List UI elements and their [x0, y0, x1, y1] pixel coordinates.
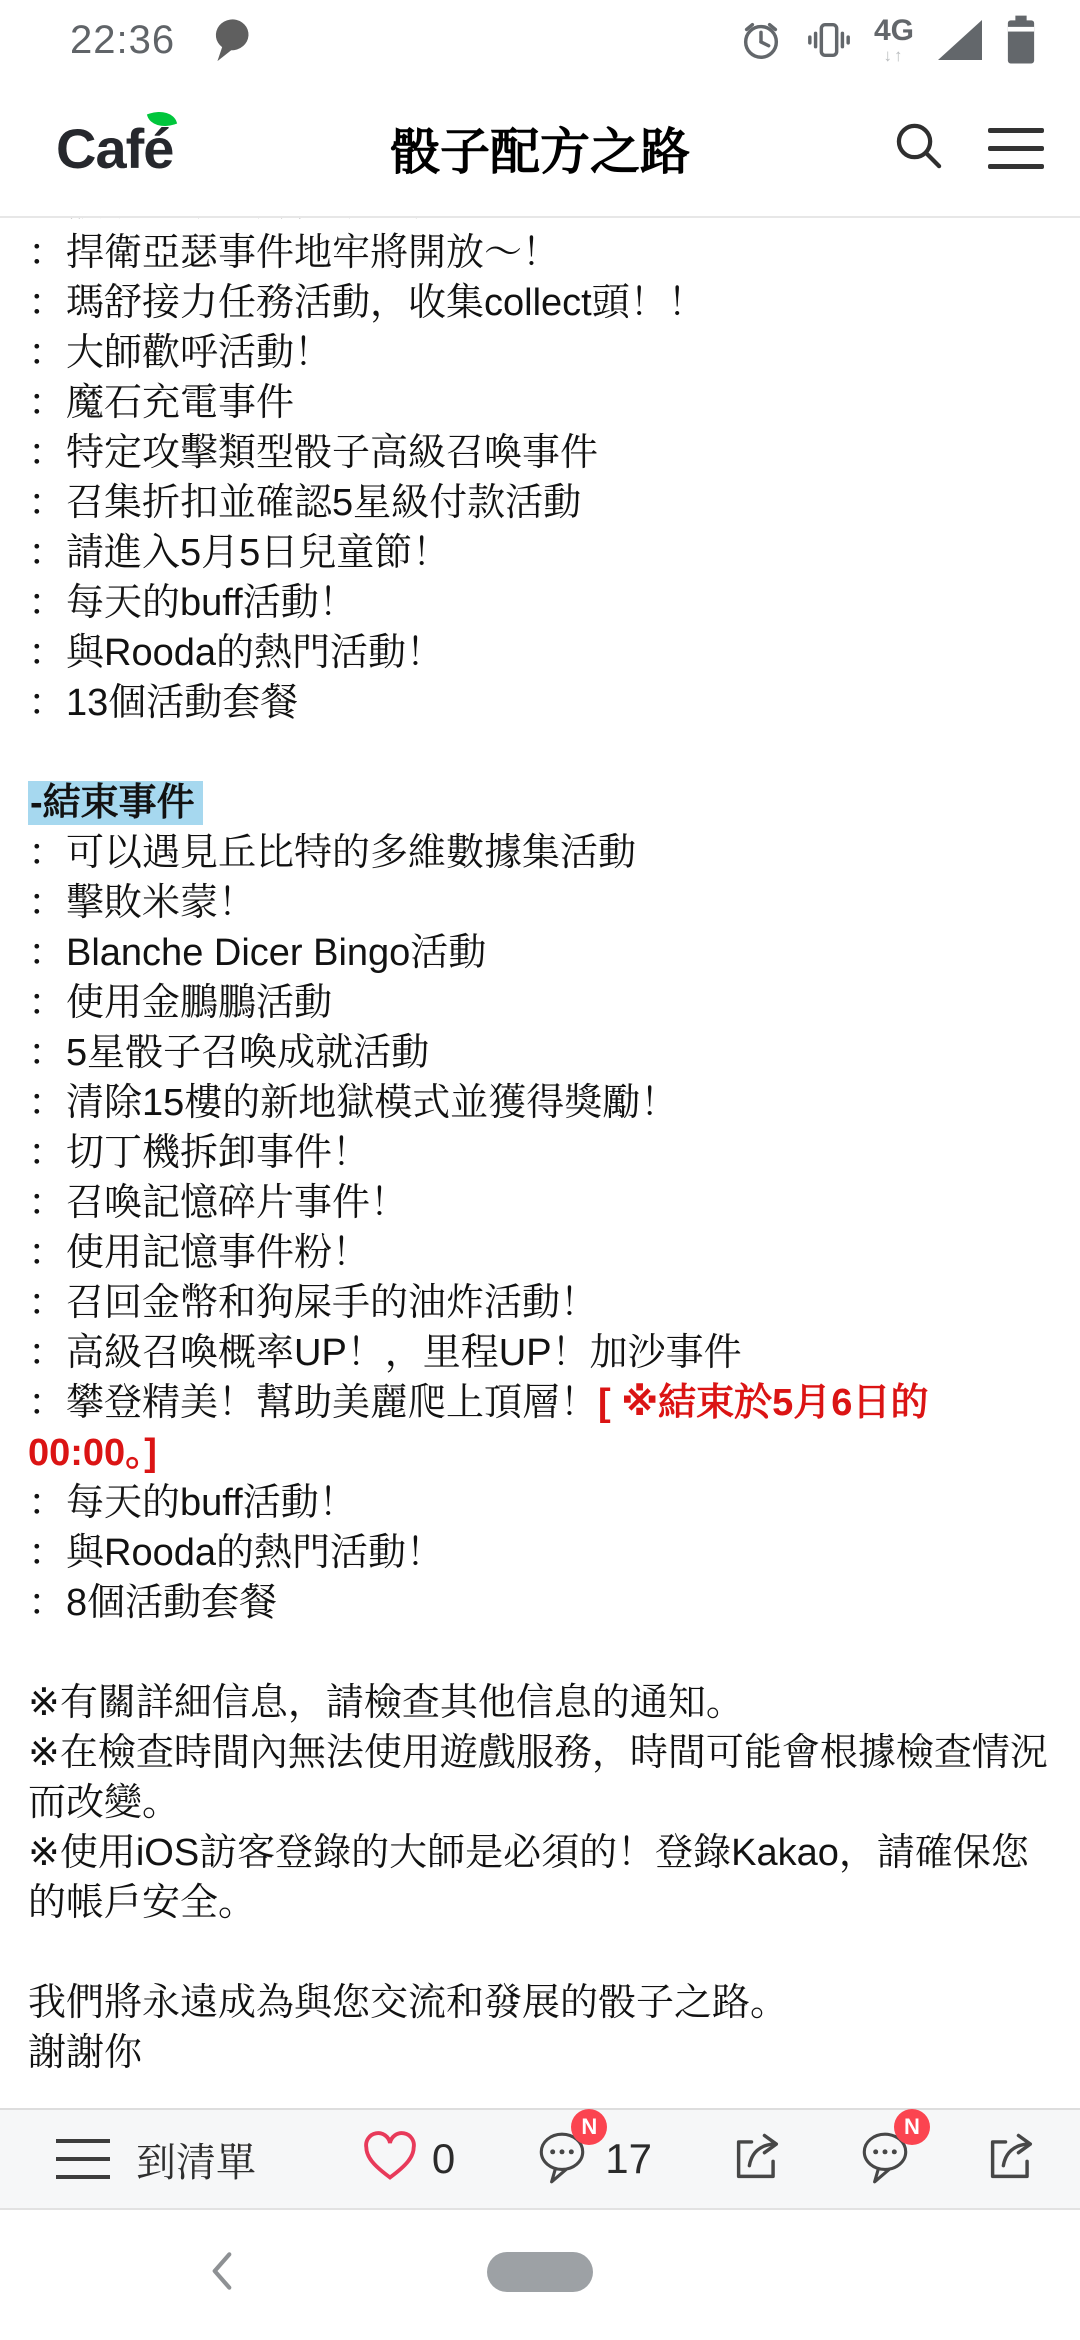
list-icon — [56, 2139, 110, 2179]
post-note: ※使用iOS訪客登錄的大師是必須的！登錄Kakao，請確保您的帳戶安全。 — [28, 1828, 1052, 1928]
post-line: ：Blanche Dicer Bingo活動 — [28, 928, 1052, 978]
battery-icon — [1006, 15, 1036, 65]
post-body: ：骰子之路五月活動公告！ ：捍衛亞瑟事件地牢將開放～！ ：瑪舒接力任務活動，收集… — [0, 218, 1080, 2108]
comment-bubble-icon: N — [533, 2127, 591, 2192]
post-line: ：特定攻擊類型骰子高級召喚事件 — [28, 428, 1052, 478]
post-line: ：13個活動套餐 — [28, 678, 1052, 728]
post-line: ：切丁機拆卸事件！ — [28, 1128, 1052, 1178]
post-line: ：召喚記憶碎片事件！ — [28, 1178, 1052, 1228]
post-line: ：與Rooda的熱門活動！ — [28, 1528, 1052, 1578]
post-line: ：每天的buff活動！ — [28, 1478, 1052, 1528]
search-icon[interactable] — [890, 117, 948, 180]
post-line: ：擊敗米蒙！ — [28, 878, 1052, 928]
post-line: ：召回金幣和狗屎手的油炸活動！ — [28, 1278, 1052, 1328]
post-line: ：魔石充電事件 — [28, 378, 1052, 428]
post-note: ※在檢查時間內無法使用遊戲服務，時間可能會根據檢查情況而改變。 — [28, 1728, 1052, 1828]
post-line: ：捍衛亞瑟事件地牢將開放～！ — [28, 228, 1052, 278]
post-line: ：與Rooda的熱門活動！ — [28, 628, 1052, 678]
heart-icon — [362, 2131, 418, 2188]
chat-notification-icon — [205, 15, 255, 65]
highlighted-text: -結束事件 — [28, 781, 203, 825]
home-pill[interactable] — [487, 2252, 593, 2292]
post-line: ：高級召喚概率UP！，里程UP！加沙事件 — [28, 1328, 1052, 1378]
new-badge: N — [894, 2109, 930, 2145]
app-header: Café 骰子配方之路 — [0, 80, 1080, 218]
post-note: ※有關詳細信息，請檢查其他信息的通知。 — [28, 1678, 1052, 1728]
cafe-logo-text: Café — [56, 117, 173, 180]
post-line: ：清除15樓的新地獄模式並獲得獎勵！ — [28, 1078, 1052, 1128]
share-button[interactable] — [730, 2129, 786, 2190]
post-closing: 謝謝你 — [28, 2028, 1052, 2078]
clock-text: 22:36 — [70, 18, 175, 63]
comment-count: 17 — [605, 2135, 652, 2183]
signal-icon — [936, 18, 984, 62]
alarm-icon — [738, 17, 784, 63]
to-list-button[interactable]: 到清單 — [56, 2131, 256, 2188]
status-bar: 22:36 4G ↓↑ — [0, 0, 1080, 80]
back-button[interactable] — [200, 2246, 244, 2301]
vibrate-icon — [806, 17, 852, 63]
share-icon — [984, 2129, 1040, 2190]
cafe-logo[interactable]: Café — [56, 116, 173, 181]
post-line-clipped: ：骰子之路五月活動公告！ — [28, 218, 1052, 228]
post-line: ：可以遇見丘比特的多維數據集活動 — [28, 828, 1052, 878]
post-line: ：大師歡呼活動！ — [28, 328, 1052, 378]
post-line: ：使用金鵬鵬活動 — [28, 978, 1052, 1028]
to-list-label: 到清單 — [136, 2131, 256, 2188]
post-closing: 我們將永遠成為與您交流和發展的骰子之路。 — [28, 1978, 1052, 2028]
post-line: ：瑪舒接力任務活動，收集collect頭！！ — [28, 278, 1052, 328]
post-line: ：5星骰子召喚成就活動 — [28, 1028, 1052, 1078]
share-icon — [730, 2129, 786, 2190]
like-count: 0 — [432, 2135, 455, 2183]
post-line: ：8個活動套餐 — [28, 1578, 1052, 1628]
gesture-nav-bar — [0, 2210, 1080, 2336]
post-line: ：使用記憶事件粉！ — [28, 1228, 1052, 1278]
like-button[interactable]: 0 — [362, 2131, 455, 2188]
post-line: ：請進入5月5日兒童節！ — [28, 528, 1052, 578]
new-badge: N — [571, 2109, 607, 2145]
post-line: ：每天的buff活動！ — [28, 578, 1052, 628]
open-chat-button[interactable]: N — [856, 2127, 914, 2192]
post-line: ：召集折扣並確認5星級付款活動 — [28, 478, 1052, 528]
chat-bubble-icon: N — [856, 2127, 914, 2192]
ended-events-heading: -結束事件 — [28, 778, 1052, 828]
forward-button[interactable] — [984, 2129, 1040, 2190]
bottom-action-bar: 到清單 0 N 17 — [0, 2108, 1080, 2210]
comments-button[interactable]: N 17 — [533, 2127, 652, 2192]
network-type-icon: 4G ↓↑ — [874, 16, 914, 64]
menu-icon[interactable] — [988, 128, 1044, 169]
post-line-with-deadline: ：攀登精美！幫助美麗爬上頂層！[ ※結束於5月6日的00:00。] — [28, 1378, 1052, 1478]
